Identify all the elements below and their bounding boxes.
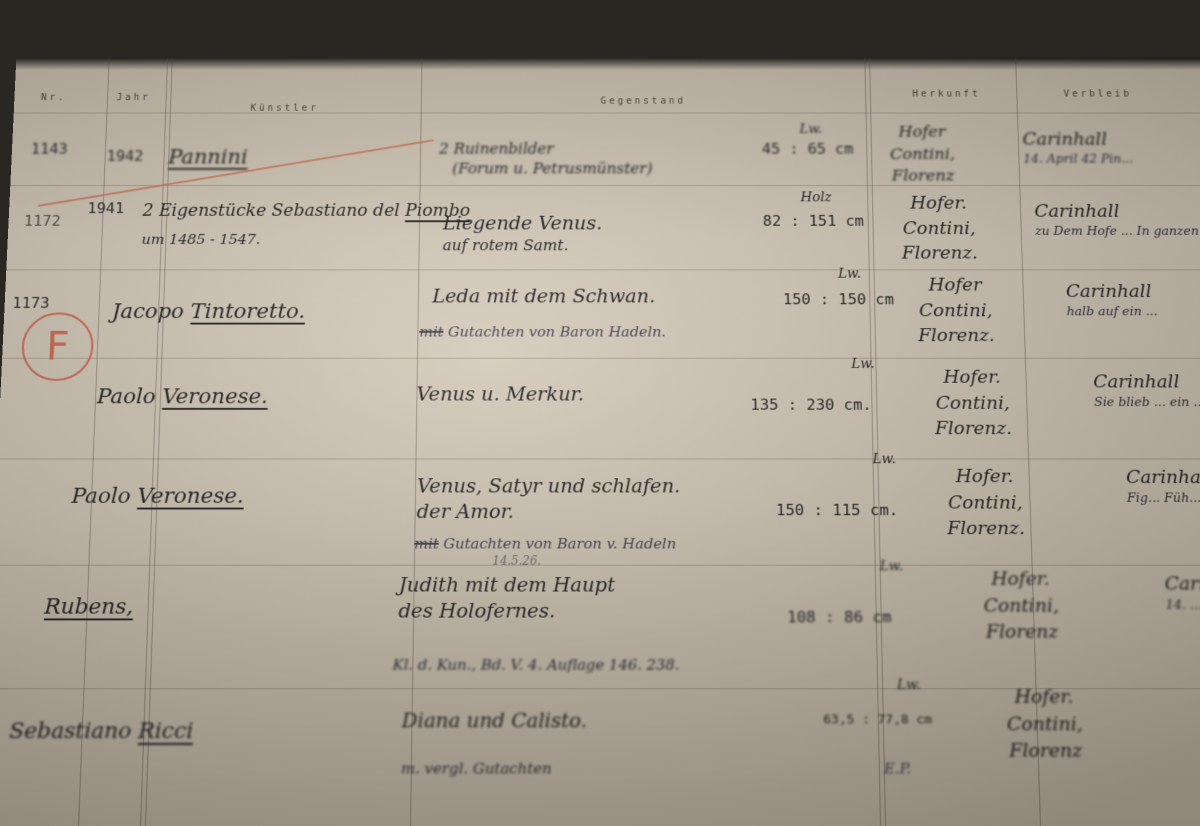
artist-surname: Tintoretto. bbox=[190, 301, 305, 324]
destination-name: Carinhall bbox=[1034, 201, 1120, 221]
entry-artist: Sebastiano Ricci bbox=[9, 717, 194, 746]
origin-city: Florenz. bbox=[918, 324, 995, 349]
entry-title: Diana und Calisto. bbox=[401, 708, 587, 734]
header-subject: Gegenstand bbox=[601, 97, 686, 107]
entry-note: mit Gutachten von Baron Hadeln. bbox=[419, 323, 666, 342]
origin-dealer: Contini, bbox=[983, 593, 1059, 619]
origin-dealer: Hofer bbox=[889, 121, 954, 143]
appraisal-note: Gutachten von Baron v. Hadeln bbox=[443, 535, 676, 552]
entry-year: 1942 bbox=[106, 146, 143, 165]
title-line: Judith mit dem Haupt bbox=[399, 572, 615, 598]
artist-firstname: Paolo bbox=[97, 386, 156, 409]
entry-origin: Hofer. Contini, Florenz bbox=[1006, 684, 1084, 765]
entry-artist: 2 Eigenstücke Sebastiano del Piombo um 1… bbox=[141, 199, 470, 250]
appraisal-note: Gutachten von Baron Hadeln. bbox=[448, 324, 666, 341]
appraisal-date: 14.5.26. bbox=[414, 553, 676, 568]
origin-city: Florenz bbox=[1007, 738, 1084, 765]
header-destination: Verbleib bbox=[1063, 89, 1132, 99]
origin-dealer: Hofer bbox=[917, 273, 994, 298]
origin-dealer: Hofer. bbox=[1006, 684, 1082, 711]
origin-dealer: Hofer. bbox=[933, 365, 1010, 391]
origin-dealer: Contini, bbox=[1007, 711, 1084, 738]
entry-destination: Carinhall 14. April 42 Pin... bbox=[1022, 129, 1133, 168]
entry-title: Venus, Satyr und schlafen. der Amor. bbox=[416, 474, 680, 525]
title-line: auf rotem Samt. bbox=[442, 236, 602, 256]
entry-artist: Rubens, bbox=[44, 593, 134, 622]
origin-city: Florenz bbox=[984, 620, 1060, 647]
row-rule bbox=[10, 185, 1200, 186]
page-edge-shadow bbox=[16, 58, 1200, 70]
origin-city: Florenz bbox=[890, 166, 955, 188]
origin-dealer: Hofer. bbox=[983, 567, 1059, 593]
entry-dimensions: 108 : 86 cm bbox=[787, 607, 892, 628]
header-origin: Herkunft bbox=[912, 89, 980, 99]
artist-firstname: 2 Eigenstücke Sebastiano del bbox=[142, 201, 400, 220]
row-rule bbox=[6, 269, 1200, 270]
entry-destination: Carinhall Sie blieb ... ein ... das ... bbox=[1093, 371, 1200, 411]
entry-medium: Lw. bbox=[872, 451, 896, 469]
destination-name: Carinhall bbox=[1126, 467, 1200, 488]
entry-artist: Pannini bbox=[168, 145, 248, 172]
entry-medium: Holz bbox=[800, 190, 831, 207]
origin-dealer: Contini, bbox=[934, 391, 1012, 417]
entry-artist: Paolo Veronese. bbox=[71, 483, 244, 511]
header-year: Jahr bbox=[116, 93, 150, 103]
destination-note: halb auf ein ... bbox=[1066, 304, 1158, 320]
ledger-page: Nr. Jahr Künstler Gegenstand Herkunft Ve… bbox=[0, 58, 1200, 800]
entry-year: 1941 bbox=[87, 199, 125, 219]
artist-dates: um 1485 - 1547. bbox=[141, 228, 470, 250]
artist-surname: Pannini bbox=[168, 146, 248, 168]
entry-destination: Carinhall Fig... Füh... bbox=[1126, 466, 1200, 507]
origin-city: Florenz. bbox=[935, 416, 1013, 442]
origin-dealer: Contini, bbox=[890, 143, 955, 165]
entry-origin: Hofer Contini, Florenz. bbox=[917, 273, 995, 349]
entry-dimensions: 150 : 150 cm bbox=[783, 290, 894, 310]
entry-dimensions: 63,5 : 77,8 cm bbox=[823, 712, 932, 729]
struck-word: mit bbox=[419, 324, 443, 341]
entry-title: Venus u. Merkur. bbox=[416, 382, 584, 407]
entry-number: 1172 bbox=[23, 211, 61, 231]
entry-note: m. vergl. Gutachten bbox=[401, 759, 552, 779]
destination-note: 14. April 42 Pin... bbox=[1023, 152, 1133, 168]
entry-destination: Carinhall zu Dem Hofe ... In ganzen Händ… bbox=[1034, 200, 1200, 239]
origin-dealer: Contini, bbox=[917, 298, 994, 323]
origin-dealer: Contini, bbox=[901, 216, 977, 241]
entry-medium: Lw. bbox=[851, 356, 875, 374]
header-number: Nr. bbox=[41, 93, 67, 103]
entry-origin: Hofer. Contini, Florenz. bbox=[946, 464, 1026, 542]
origin-city: Florenz. bbox=[947, 516, 1025, 542]
destination-note: Sie blieb ... ein ... das ... bbox=[1094, 395, 1200, 411]
entry-title: Liegende Venus. auf rotem Samt. bbox=[442, 211, 602, 255]
entry-medium: Lw. bbox=[879, 558, 903, 576]
entry-origin: Hofer. Contini, Florenz bbox=[983, 567, 1061, 646]
entry-medium: Lw. bbox=[897, 677, 921, 695]
destination-note: 14. ... bbox=[1165, 597, 1200, 614]
row-rule bbox=[0, 459, 1200, 460]
artist-firstname: Sebastiano bbox=[9, 719, 132, 744]
entry-dimensions: 82 : 151 cm bbox=[763, 211, 864, 231]
entry-origin: Hofer. Contini, Florenz. bbox=[933, 365, 1012, 442]
entry-origin: Hofer Contini, Florenz bbox=[889, 121, 955, 187]
row-rule bbox=[2, 358, 1200, 359]
artist-surname: Veronese. bbox=[137, 485, 244, 509]
destination-name: Carinhall bbox=[1093, 372, 1180, 392]
entry-dimensions: 45 : 65 cm bbox=[762, 139, 854, 158]
entry-origin: Hofer. Contini, Florenz. bbox=[900, 191, 978, 266]
title-line: Liegende Venus. bbox=[443, 211, 602, 235]
entry-dimensions: 135 : 230 cm. bbox=[750, 395, 872, 415]
entry-note: Kl. d. Kun., Bd. V. 4. Auflage 146. 238. bbox=[392, 655, 679, 675]
entry-destination: Carinhall halb auf ein ... bbox=[1066, 280, 1158, 320]
entry-medium: Lw. bbox=[799, 121, 822, 138]
struck-word: mit bbox=[414, 535, 439, 552]
entry-initials: E.P. bbox=[884, 759, 912, 779]
origin-dealer: Hofer. bbox=[946, 464, 1024, 490]
origin-dealer: Hofer. bbox=[900, 191, 976, 216]
artist-surname: Veronese. bbox=[162, 386, 268, 409]
entry-destination: Carinhall 14. ... bbox=[1164, 572, 1200, 613]
entry-number: 1143 bbox=[31, 139, 68, 158]
entry-artist: Paolo Veronese. bbox=[96, 384, 268, 412]
title-line: (Forum u. Petrusmünster) bbox=[439, 159, 653, 178]
destination-note: zu Dem Hofe ... In ganzen Händen ... bbox=[1035, 224, 1200, 240]
entry-title: Judith mit dem Haupt des Holofernes. bbox=[398, 572, 615, 624]
entry-note: mit Gutachten von Baron v. Hadeln 14.5.2… bbox=[414, 534, 676, 569]
title-line: 2 Ruinenbilder bbox=[439, 139, 652, 158]
entry-title: 2 Ruinenbilder (Forum u. Petrusmünster) bbox=[439, 139, 653, 178]
artist-surname: Ricci bbox=[138, 719, 194, 744]
row-rule bbox=[14, 113, 1200, 114]
artist-firstname: Paolo bbox=[71, 485, 131, 509]
entry-dimensions: 150 : 115 cm. bbox=[776, 500, 899, 520]
destination-name: Carinhall bbox=[1164, 573, 1200, 594]
entry-title: Leda mit dem Schwan. bbox=[432, 284, 655, 309]
entry-medium: Lw. bbox=[838, 266, 861, 283]
entry-artist: Jacopo Tintoretto. bbox=[111, 299, 305, 326]
entry-number: 1173 bbox=[12, 293, 50, 313]
destination-note: Fig... Füh... bbox=[1127, 490, 1200, 507]
origin-city: Florenz. bbox=[902, 241, 979, 266]
destination-name: Carinhall bbox=[1066, 281, 1152, 301]
title-line: des Holofernes. bbox=[398, 598, 615, 624]
header-artist: Künstler bbox=[250, 104, 319, 114]
origin-dealer: Contini, bbox=[946, 490, 1024, 516]
artist-firstname: Jacopo bbox=[112, 301, 185, 324]
red-f-stamp: F bbox=[20, 313, 94, 381]
title-line: der Amor. bbox=[416, 499, 680, 525]
title-line: Venus, Satyr und schlafen. bbox=[417, 474, 681, 500]
artist-surname: Rubens, bbox=[44, 595, 134, 619]
destination-name: Carinhall bbox=[1022, 129, 1107, 149]
